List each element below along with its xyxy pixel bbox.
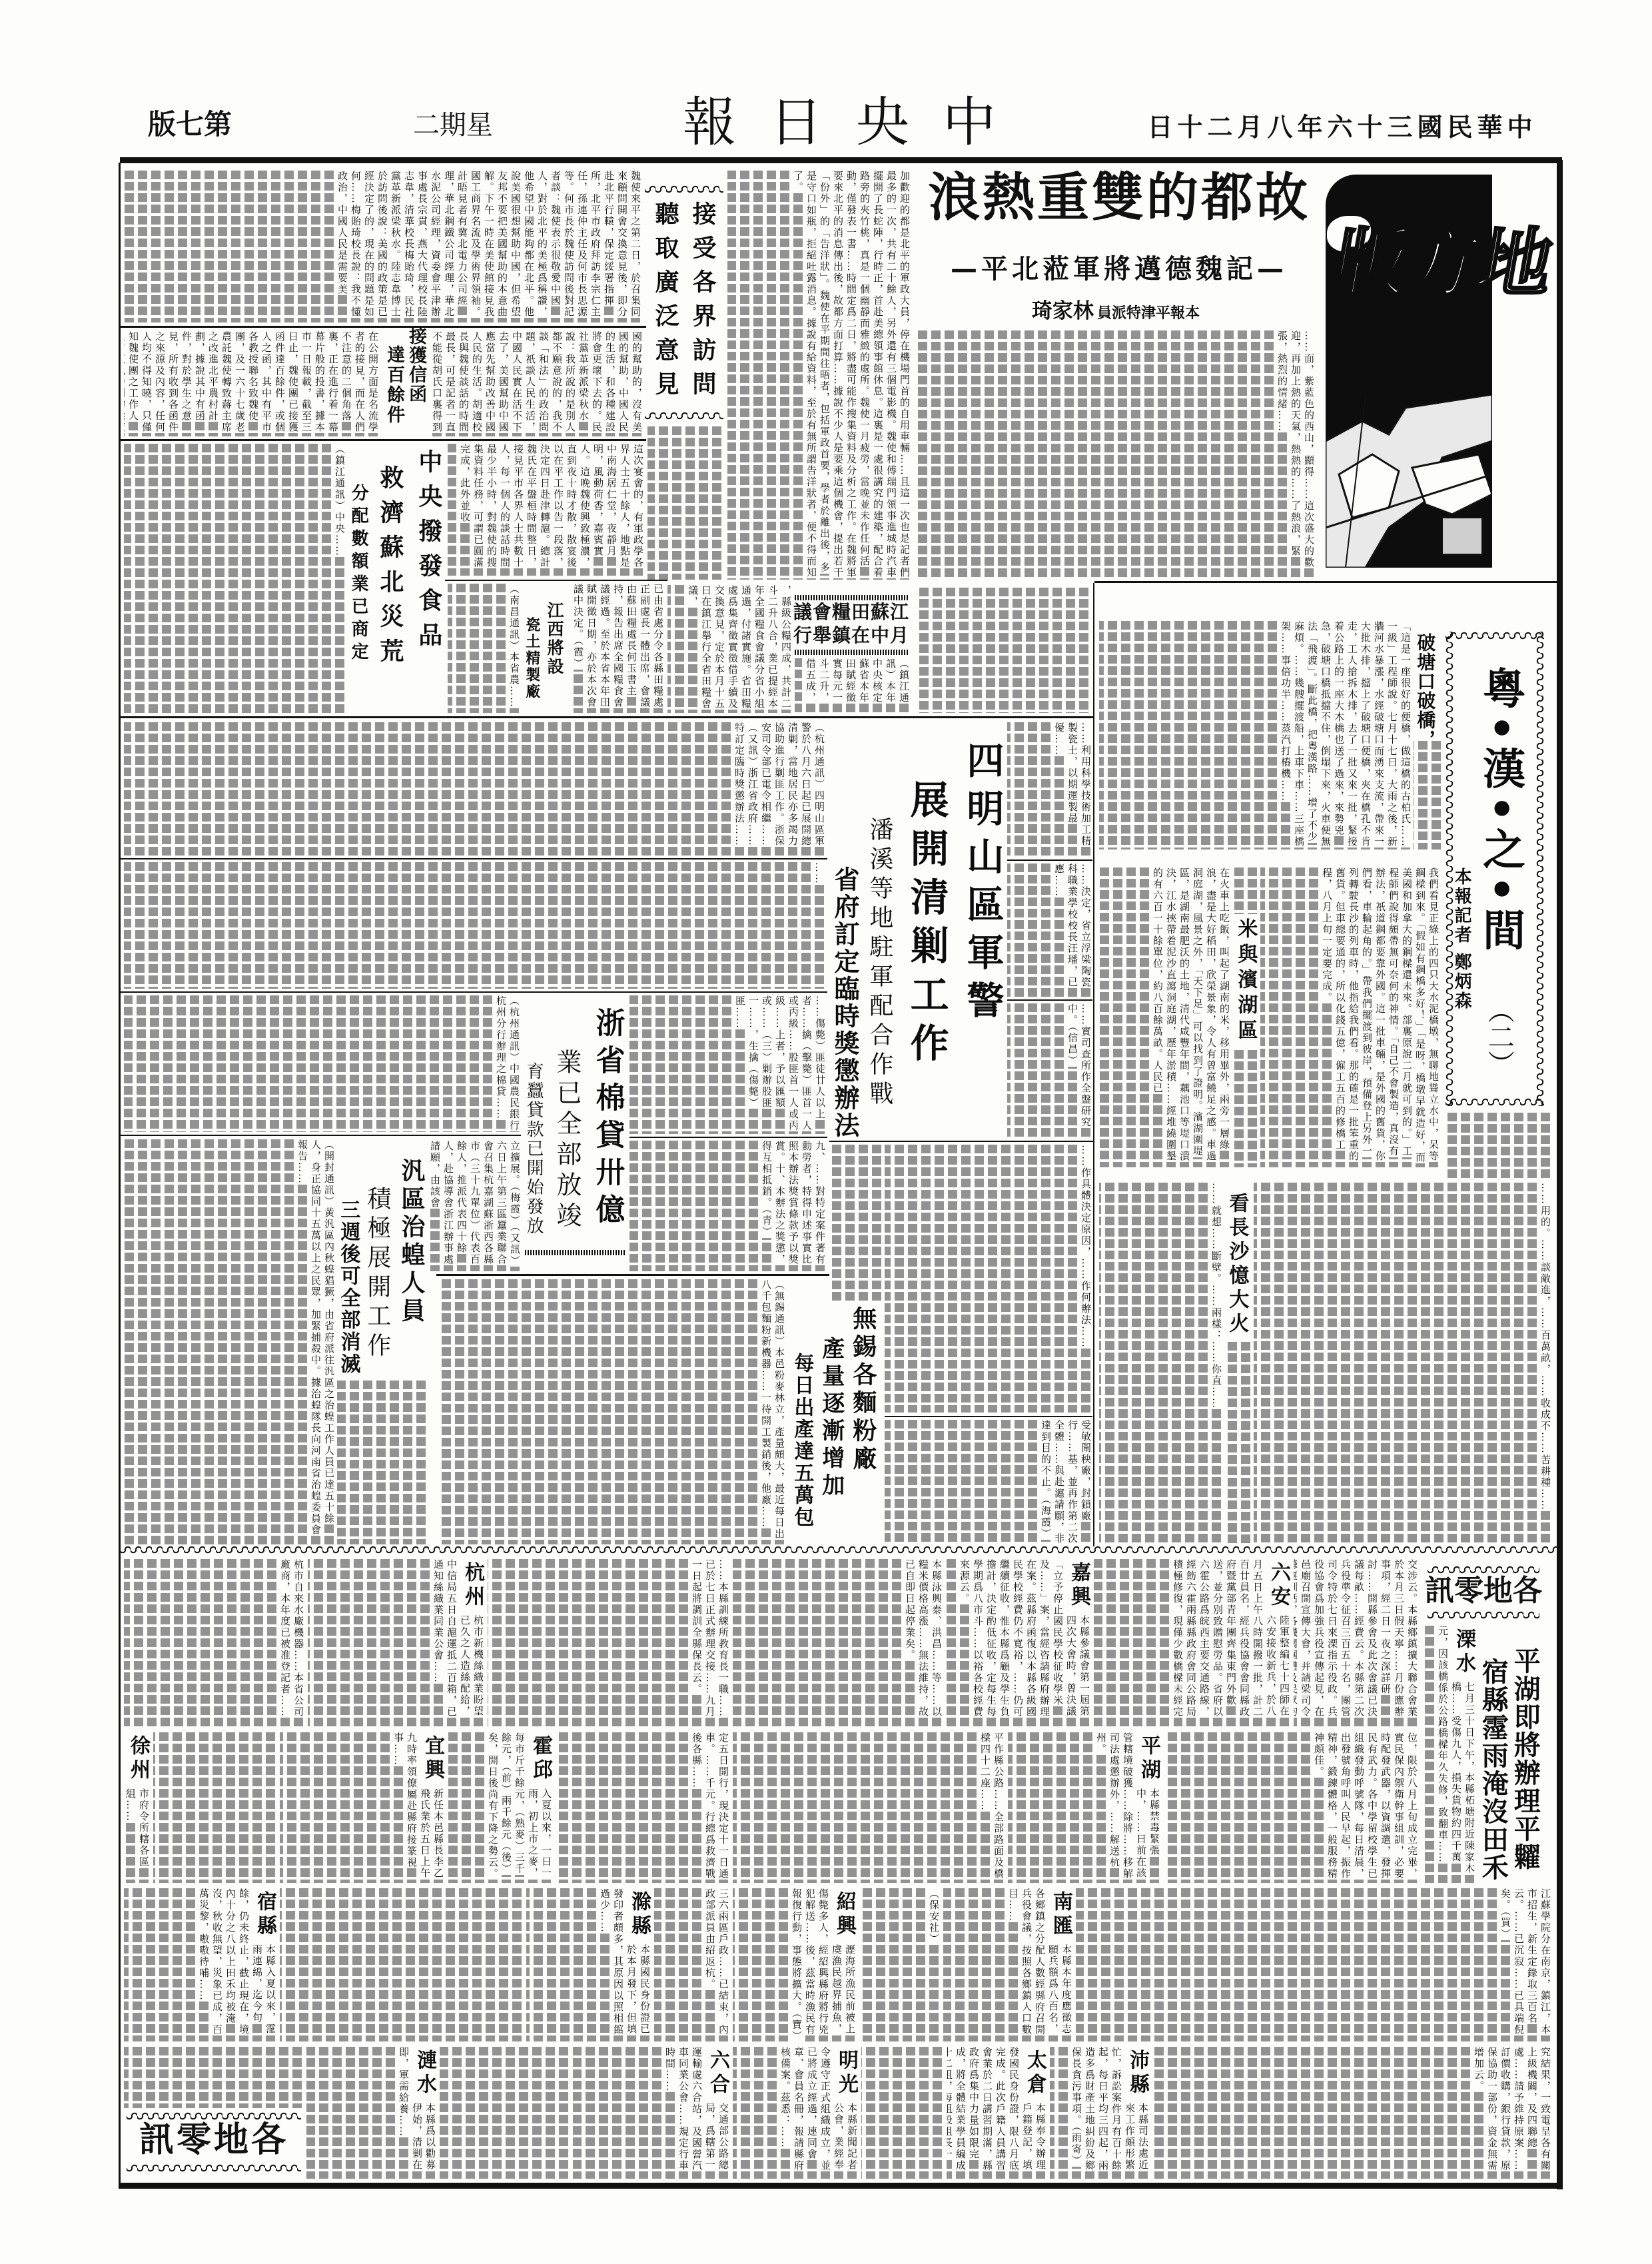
place-label: 溧水 bbox=[1451, 1626, 1476, 1682]
article-body: 在公開方面是名流學者的接見，而在人們不注意的二個角落裏，正在進行着一幕幕片般的投… bbox=[124, 331, 380, 436]
article-body: 這次宴會的，有軍政學各界人士五十餘人，地點是中南海居仁堂，夜靜月明，風動荷香，嘉… bbox=[448, 444, 645, 576]
body-text: ……決定，省立浮梁陶瓷科職業學校校長汪璠，已應…… bbox=[1053, 863, 1092, 988]
article-body: （杭州通訊）四明山區軍警於八月六日起已展開總清剿，當地居民亦多竭力協助進行剿匪工… bbox=[124, 722, 826, 855]
subhead-letters: 接獲信函 bbox=[406, 326, 426, 404]
article-body: ，縣級公糧四成，共計二斗二升八合，業已提經本年全國糧食會議分省小組通過，付諸實施… bbox=[667, 585, 793, 713]
headline-siming: 展開清剿工作 bbox=[905, 780, 947, 1071]
divider bbox=[445, 580, 667, 581]
article-body: 我們看見正綠上的四只大水泥橋墩，無聊地聳立水中，呆等鋼樑到來。「假如有鋼橋多好！… bbox=[1260, 867, 1440, 1167]
divider bbox=[120, 991, 827, 993]
body-text: （鎮江通訊）中央…… bbox=[334, 444, 346, 557]
place-label: 明光 bbox=[833, 2047, 859, 2103]
body-text: 已由省處分令各縣田糧處正副處長一體出席，會議由蘇田糧處長何玉書主持，報告出席全國… bbox=[572, 584, 664, 708]
subhead-yuehan: 破塘口破橋， bbox=[1415, 633, 1435, 749]
article-body bbox=[1224, 1342, 1252, 1544]
place-label: 徐州 bbox=[125, 1732, 151, 1788]
article-body: ……實司查所作全盤研究中。（信昌） bbox=[1007, 1003, 1092, 1138]
body-text: 位，限於八月上旬成立完畢，實民保內禦衛幹事組訓，必要時配發武器，以資調遣，發揮民… bbox=[1313, 1732, 1418, 1880]
sidebar-headline: 聽取廣泛意見 bbox=[652, 201, 678, 405]
body-text: ……作具體決定原因，……作何辦法…… bbox=[1080, 1145, 1092, 1349]
divider bbox=[829, 1141, 1094, 1142]
headline-kaolin: 瓷土精製廠 bbox=[524, 617, 540, 700]
headline-jiangsu: 江蘇田糧會議 bbox=[795, 603, 909, 622]
place-label: 霍邱 bbox=[528, 1732, 553, 1788]
sidebar-box: 接受各界訪問 聽取廣泛意見 bbox=[645, 185, 723, 420]
article-body bbox=[1232, 867, 1259, 914]
divider bbox=[629, 1137, 827, 1138]
subheadline-zhejiang: 育蠶貸款已開始發放 bbox=[524, 1062, 543, 1236]
news-item: 霍邱入夏以來，一日一雨，初上市之麥，每市斤千餘元，（熟麥）三千餘元，（前）兩千餘… bbox=[448, 1732, 553, 1883]
subheadline-relief: 分配數額業已商定 bbox=[349, 484, 368, 665]
subtitle-gudu: —記魏德邁將軍蒞北平— bbox=[943, 256, 1296, 283]
place-label: 漣水 bbox=[412, 2047, 437, 2103]
article-body: （鎮江通訊）中央…… bbox=[124, 444, 346, 713]
news-fragment bbox=[153, 1732, 277, 1883]
divider bbox=[120, 716, 1094, 718]
divider bbox=[1007, 859, 1092, 861]
headline-relief: 救濟蘇北災荒 bbox=[377, 465, 403, 673]
news-item: 南匯本縣本年度應徵志願兵額爲八百名，各鄉鎮之分配人數經縣府召開兵役會議，按照各鄉… bbox=[943, 1888, 1073, 2041]
banner-map-illustration bbox=[1326, 394, 1492, 568]
body-text: 定五日開行，現決定十一日通車。……千元。行總爲救濟戰後各縣…… bbox=[691, 1732, 729, 1880]
article-body bbox=[337, 1381, 428, 1544]
body-text: 平作縣公路……全部路面及橋樑四十二座…… bbox=[979, 1732, 1005, 1880]
article-body: （杭州通訊）中國農民銀行杭州分行辦理之棉貸…… bbox=[124, 995, 521, 1132]
article-body: 魏使來平之第二日，於召集同來顧問開會交換意見後，即分赴北平行轅，保定綏署指揮所，… bbox=[124, 171, 642, 322]
byline-name: 林家琦 bbox=[1032, 299, 1094, 323]
weekday: 星期二 bbox=[400, 112, 506, 139]
subhead-letters: 達百餘件 bbox=[384, 345, 404, 425]
article-body bbox=[1414, 741, 1443, 849]
news-fragment: 平作縣公路……全部路面及橋樑四十二座…… bbox=[733, 1732, 1005, 1883]
body-text: 立擴展。（梅霞）（又訊）六日上午第三區蠶業聯合會召集杭嘉湖蘇浙西各縣市（三十九單… bbox=[429, 1141, 521, 1267]
body-text: 「這是一座很好的便橋，做這橋的古柏氏……一級」工程師說。七月十七日，大雨之後，新… bbox=[1280, 621, 1412, 848]
article-body: 九、……對特定案件著有勳勞者，特得申述事實比照本辦法獎賞條款予以獎賞。十、本辦法… bbox=[629, 1141, 827, 1271]
body-text: 三六兩區戶政……已結束，內政部派員由紹返杭。 bbox=[704, 1888, 729, 2035]
body-text: 在公開方面是名流學者的接見，而在人們不注意的二個角落裏，正在進行着一幕幕片般的投… bbox=[124, 331, 379, 433]
local-news-footer-header: 各地零訊 bbox=[124, 2123, 304, 2157]
body-text: （杭州通訊）中國農民銀行杭州分行辦理之棉貸…… bbox=[495, 995, 520, 1131]
banner-title: 地方版 bbox=[1319, 227, 1556, 301]
body-text: 究結果，一致電呈各有關上級機關，及四聯總處……請予維持原案……訂價收購，銀行貸款… bbox=[1473, 2047, 1551, 2171]
news-item: 宜興新任本邑縣長李乙飛氏業於五日上午九時率領僚屬赴縣府接篆視事…… bbox=[280, 1732, 445, 1883]
place-label: 六安 bbox=[1266, 1559, 1291, 1615]
article-body: ……決定，省立浮梁陶瓷科職業學校校長汪璠，已應…… bbox=[1007, 863, 1092, 997]
wavy-divider bbox=[1428, 1566, 1539, 1574]
divider bbox=[120, 858, 827, 859]
news-item: 太倉本縣奉令辦理戶籍登記，填發國民身份證，限八月底完成。此次戶籍人員講習會業於二… bbox=[947, 2047, 1047, 2179]
news-item: 嘉興本縣參議會第一屆第四次大會時，曾決議「立予停止國民學校征收學米及……」案，當… bbox=[946, 1559, 1091, 1727]
article-body: （南昌通訊）本省農…… bbox=[448, 584, 521, 713]
news-fragment bbox=[280, 1888, 524, 2041]
headline-zhejiang: 浙省棉貸卅億 bbox=[592, 1007, 623, 1231]
body-text: 我們看見正綠上的四只大水泥橋墩，無聊地聳立水中，呆等鋼樑到來。「假如有鋼橋多好！… bbox=[1321, 867, 1440, 1163]
news-item: 紹興瀝海所漁民前被上虞漁民越界捕魚，傷斃多人，經紹興縣府將行兇犯解送……後，茲當… bbox=[733, 1888, 857, 2041]
headline-suxian: 宿縣霪雨淹沒田禾 bbox=[1479, 1658, 1507, 1882]
article-body: 受敏閘秧廠，封鎖廠行……基，並再作第二次全體……與赴滬請願，非達到目的不止。（海… bbox=[885, 1420, 1092, 1544]
place-label: 紹興 bbox=[831, 1888, 857, 1944]
news-fragment: ……本縣訓練所教育長一職……已於七日正式辦理交接……九月一日起將調訓全縣保長云。 bbox=[488, 1559, 730, 1727]
left-border bbox=[119, 163, 121, 2188]
article-body: ……用的。……談敵進，……百萬畝，……收成不……苦耕種…… bbox=[1254, 1183, 1552, 1544]
divider bbox=[885, 1416, 1092, 1417]
wavy-border bbox=[1445, 1098, 1544, 1106]
article-body bbox=[916, 588, 1090, 713]
bottom-rule bbox=[119, 2183, 1563, 2189]
wavy-divider bbox=[127, 2164, 301, 2172]
series-title: 粵•漢•之•間 bbox=[1477, 666, 1523, 956]
news-item: 溧水七月三十日下午，本縣柘塘附近陳家木橋……受傷九人，損失貨物約四千萬元，因該橋… bbox=[1423, 1626, 1476, 1883]
article-body bbox=[647, 426, 723, 580]
wavy-divider bbox=[1428, 1611, 1539, 1619]
news-fragment bbox=[440, 2047, 570, 2179]
divider bbox=[120, 439, 646, 441]
body-text: （杭州通訊）四明山區軍警於八月六日起已展開總清剿，當地居民亦多竭力協助進行剿匪工… bbox=[733, 722, 825, 847]
wavy-border bbox=[1445, 632, 1544, 640]
body-text: （無錫通訊）本邑粉麥林立，產量頗大，最近每日出八千包麵粉新機器……一待開工製銷後… bbox=[760, 1279, 785, 1540]
news-item: 滁縣本縣國民身份證已於本月發下，但填發印者頗多，其原因以照相館過少…… bbox=[526, 1888, 651, 2041]
body-text: 杭市自來水廠機器……本省公司廠商，本年度已被准登記者…… bbox=[279, 1559, 304, 1718]
headline-relief: 中央撥發食品 bbox=[416, 449, 442, 657]
place-label: 平湖 bbox=[1136, 1732, 1161, 1788]
body-text: 九、……對特定案件著有勳勞者，特得申述事實比照本辦法獎賞條款予以獎賞。十、本辦法… bbox=[761, 1141, 826, 1265]
news-fragment: 本縣泳興泰、洪昌……等……以糧米價格高漲……無法維持，故已自即日起停業矣。 bbox=[733, 1559, 943, 1727]
news-fragment: 究結果，一致電呈各有關上級機關，及四聯總處……請予維持原案……訂價收購，銀行貸款… bbox=[1152, 2047, 1552, 2179]
headline-gudu: 故都的雙重熱浪 bbox=[923, 172, 1316, 224]
divider bbox=[436, 1274, 829, 1276]
body-text: ……利用科學技術加工精製瓷土，以期運製最優…… bbox=[1053, 722, 1092, 847]
headline-pinghu: 平湖即將辦理平糶 bbox=[1511, 1647, 1539, 1871]
wavy-divider bbox=[645, 185, 723, 193]
place-label: 宜興 bbox=[420, 1732, 445, 1788]
wavy-divider bbox=[645, 412, 723, 420]
hatched-bar bbox=[525, 1250, 625, 1255]
place-label: 宿縣 bbox=[252, 1888, 277, 1944]
news-item: 宿縣本縣入夏以來，霪雨連綿，迄今旬餘，仍未終止，截止現在，境內十分之八以上田禾均… bbox=[124, 1888, 277, 2041]
body-text: ，縣級公糧四成，共計二斗二升八合，業已提經本年全國糧食會議分省小組通過，付諸實施… bbox=[687, 585, 792, 710]
article-body: ……就想……斷壁。……兩樣：……你直…… bbox=[1099, 1183, 1223, 1544]
news-fragment: 三六兩區戶政……已結束，內政部派員由紹返杭。 bbox=[654, 1888, 730, 2041]
body-text: 市府令所轄各區組…… bbox=[125, 1788, 150, 1868]
body-text: …… bbox=[813, 862, 825, 885]
local-news-header: 各地零訊 bbox=[1424, 1576, 1543, 1606]
news-fragment: 交涉云。本縣鄉鎮擴大聯合會業於本月三日假天寧……月份應辦事項，經二日一夜之深詳研… bbox=[1294, 1559, 1419, 1727]
headline-wuxi: 產量逐漸增加 bbox=[819, 1337, 843, 1500]
body-text: ……用的。……談敵進，……百萬畝，……收成不……苦耕種…… bbox=[1539, 1183, 1551, 1511]
wavy-border bbox=[1536, 632, 1544, 1106]
series-title-box: 粵•漢•之•間 （二） 本報記者 鄭炳森 bbox=[1445, 632, 1544, 1106]
article-body bbox=[1445, 1113, 1552, 1178]
headline-zhejiang: 業已全部放竣 bbox=[553, 1049, 580, 1233]
byline-title: 本報平津特派員 bbox=[1097, 304, 1200, 322]
news-fragment: 位，限於八月上旬成立完畢，實民保內禦衛幹事組訓，必要時配發武器，以資調遣，發揮民… bbox=[1164, 1732, 1419, 1883]
top-rule bbox=[120, 157, 1562, 163]
divider bbox=[120, 326, 646, 328]
headline-siming: 四明山區軍警 bbox=[963, 741, 1003, 1029]
body-text: 魏使來平之第二日，於召集同來顧問開會交換意見後，即分赴北平行轅，保定綏署指揮所，… bbox=[336, 171, 641, 318]
news-fragment bbox=[1094, 1559, 1171, 1727]
news-item: 杭州杭市新機絲織業盼望已久之人造絲配給，中信局五日自滬運抵二百箱，已通知絲織業同… bbox=[308, 1559, 485, 1727]
body-text: ……傷斃）匪徒廿人以上者……擒（擊斃）匪首一人或丙級……股匪首一人或丙級……上者… bbox=[734, 995, 826, 1131]
byline-gudu: 本報平津特派員 林家琦 bbox=[999, 294, 1232, 324]
article-body: 已由省處分令各縣田糧處正副處長一體出席，會議由蘇田糧處長何玉書主持，報告出席全國… bbox=[570, 584, 665, 713]
news-fragment: 定五日開行，現決定十一日通車。……千元。行總爲救濟戰後各縣…… bbox=[556, 1732, 730, 1883]
body-text: 受敏閘秧廠，封鎖廠行……基，並再作第二次全體……與赴滬請願，非達到目的不止。（海… bbox=[1040, 1420, 1092, 1544]
news-fragment bbox=[861, 2047, 944, 2179]
news-item: 六安陸軍整編七十四師在六安接收新兵，於八月五日上午八時開撥一批，計二百廿員名，經… bbox=[1174, 1559, 1291, 1727]
news-item: 平湖本縣禁毒緊張中，……日前在該管轄境破獲……除將……移解司法處懲辦外，……解送… bbox=[1008, 1732, 1161, 1883]
place-label: 杭州 bbox=[460, 1559, 485, 1615]
paper-name: 中央日報 bbox=[689, 96, 1029, 149]
column-divider bbox=[1093, 583, 1094, 1546]
article-body: 加歡迎的都是北平的軍政大員，停在機場門首的自用車輛……且這一次也是記者們最多的一… bbox=[727, 171, 911, 580]
divider bbox=[120, 1135, 521, 1136]
body-text: （保安社） bbox=[928, 1888, 940, 1945]
article-body: ……面，紫藍色的西山，顯得……這次盛大的歡迎，再加上熱的天氣，熱熱的……了熱浪，… bbox=[916, 330, 1316, 578]
body-text: 在火車上吃飯，叫起了湖南的米，移用畢外，兩旁一層綠浪，盡是大好稻田，欣榮景象，令… bbox=[1152, 867, 1230, 1162]
headline-kaolin: 江西將設 bbox=[546, 602, 564, 676]
body-text: ……本縣訓練所教育長一職……已於七日正式辦理交接……九月一日起將調訓全縣保長云。 bbox=[691, 1559, 729, 1718]
news-item: 六合交通部公路總局，爲轄第一運輸處六合站，及國營汽車同業公會……規定行車時間…… bbox=[573, 2047, 730, 2179]
place-label: 嘉興 bbox=[1066, 1559, 1091, 1615]
newspaper-page: 第七版 星期二 中央日報 中華民國三十六年八月二十日 地方版 故都的雙重熱浪 —… bbox=[0, 0, 1652, 2264]
article-body bbox=[830, 1145, 883, 1302]
body-text: 交涉云。本縣鄉鎮擴大聯合會業於本月三日假天寧……月份應辦事項，經二日一夜之深詳研… bbox=[1294, 1559, 1418, 1718]
body-text: （南昌通訊）本省農…… bbox=[508, 584, 520, 708]
sidebar-headline: 接受各界訪問 bbox=[689, 201, 715, 405]
divider bbox=[1094, 581, 1557, 583]
place-label: 滁縣 bbox=[626, 1888, 651, 1944]
hatched-bar bbox=[795, 595, 909, 600]
article-body: （無錫通訊）本邑粉麥林立，產量頗大，最近每日出八千包麵粉新機器……一待開工製銷後… bbox=[440, 1279, 786, 1544]
body-text: ……面，紫藍色的西山，顯得……這次盛大的歡迎，再加上熱的天氣，熱熱的……了熱浪，… bbox=[1276, 330, 1315, 568]
headline-locust: 汎區治蝗人員 bbox=[398, 1158, 424, 1326]
article-body: …… bbox=[124, 862, 826, 989]
news-fragment: 杭市自來水廠機器……本省公司廠商，本年度已被准登記者…… bbox=[124, 1559, 305, 1727]
page-number: 第七版 bbox=[133, 111, 246, 139]
body-text: ……就想……斷壁。……兩樣：……你直…… bbox=[1210, 1183, 1222, 1409]
news-fragment bbox=[124, 2047, 304, 2108]
wavy-section-divider bbox=[120, 1546, 1557, 1554]
news-fragment: （保安社） bbox=[859, 1888, 941, 2041]
place-label: 太倉 bbox=[1022, 2047, 1047, 2103]
divider bbox=[1007, 999, 1092, 1001]
subheadline-siming: 潘溪等地駐軍配合作戰 bbox=[866, 817, 892, 1110]
subheadline-locust: 三週後可全部消滅 bbox=[337, 1199, 358, 1375]
article-body: （開封通訊）黃汎區內秋蝗猖獗，由省府派往汎區之治蝗工作人員已達五十餘人，身正協同… bbox=[124, 1139, 336, 1544]
place-label: 南匯 bbox=[1048, 1888, 1073, 1944]
article-body: ……作具體決定原因，……作何辦法…… bbox=[885, 1145, 1092, 1413]
series-part: （二） bbox=[1484, 997, 1513, 1077]
body-text: 加歡迎的都是北平的軍政大員，停在機場門首的自用車輛……且這一次也是記者們最多的一… bbox=[792, 171, 911, 578]
body-text: 本縣泳興泰、洪昌……等……以糧米價格高漲……無法維持，故已自即日起停業矣。 bbox=[904, 1559, 943, 1718]
headline-locust: 積極展開工作 bbox=[364, 1186, 390, 1362]
article-body: ……利用科學技術加工精製瓷土，以期運製最優…… bbox=[1007, 722, 1092, 855]
issue-date: 中華民國三十六年八月二十日 bbox=[1132, 115, 1552, 140]
body-text: 這次宴會的，有軍政學各界人士五十餘人，地點是中南海居仁堂，夜靜月明，風動荷香，嘉… bbox=[459, 444, 644, 568]
article-body: （鎮江通訊）本年中央核定蘇省本年田賦經徵實每元一斗二升，借五成， bbox=[795, 658, 911, 713]
subheadline-siming: 省府訂定臨時獎懲辦法 bbox=[831, 866, 859, 1139]
headline-wuxi: 無錫各麵粉廠 bbox=[850, 1306, 876, 1474]
news-item: 漣水本縣爲以勸募伊始，清剿在即，軍需給養…… bbox=[306, 2047, 437, 2179]
subhead-yuehan: 米與濱湖區 bbox=[1234, 918, 1256, 1045]
right-border bbox=[1557, 160, 1563, 2189]
hatched-bar bbox=[795, 650, 909, 655]
news-item: 徐州市府令所轄各區組…… bbox=[124, 1732, 151, 1883]
section-banner: 地方版 bbox=[1326, 175, 1492, 568]
subhead-yuehan: 看長沙憶大火 bbox=[1226, 1193, 1247, 1337]
series-byline: 本報記者 鄭炳森 bbox=[1452, 867, 1471, 1011]
body-text: （鎮江通訊）本年中央核定蘇省本年田賦經徵實每元一斗二升，借五成， bbox=[805, 658, 910, 704]
article-body: 國的幫助的，沒有美國的幫助，中國人民的生活，和各種建設將會更壞下去的。民社黨革新… bbox=[432, 331, 643, 436]
article-body bbox=[1232, 1050, 1259, 1167]
news-item: 明光本縣新聞記者公會，業經奉令遵守正式組織成立，並已將成立經過，連同會章、會員名… bbox=[733, 2047, 859, 2179]
article-body: 「這是一座很好的便橋，做這橋的古柏氏……一級」工程師說。七月十七日，大雨之後，新… bbox=[1099, 621, 1412, 849]
headline-wuxi: 每日出產達五萬包 bbox=[791, 1353, 812, 1528]
news-item: 沛縣本縣司法處近來工作頗形繁忙，訴訟案件月有百十餘起，每日平均三四起，兩造多爲財… bbox=[1050, 2047, 1150, 2179]
body-text: 國的幫助的，沒有美國的幫助，中國人民的生活，和各種建設將會更壞下去的。民社黨革新… bbox=[432, 331, 643, 433]
article-body: 立擴展。（梅霞）（又訊）六日上午第三區蠶業聯合會召集杭嘉湖蘇浙西各縣市（三十九單… bbox=[428, 1141, 522, 1271]
place-label: 沛縣 bbox=[1124, 2047, 1150, 2103]
body-text: （開封通訊）黃汎區內秋蝗猖獗，由省府派往汎區之治蝗工作人員已達五十餘人，身正協同… bbox=[296, 1139, 335, 1536]
body-text: 江蘇學院分在南京，鎮江，本市招生，新生定錄取三百名云。……已沉寂……已具端倪矣。… bbox=[1499, 1888, 1551, 2035]
news-fragment: 江蘇學院分在南京，鎮江，本市招生，新生定錄取三百名云。……已沉寂……已具端倪矣。… bbox=[1076, 1888, 1552, 2041]
headline-jiangsu: 月中在鎮舉行 bbox=[795, 626, 909, 645]
place-label: 六合 bbox=[705, 2047, 730, 2103]
article-body: 在火車上吃飯，叫起了湖南的米，移用畢外，兩旁一層綠浪，盡是大好稻田，欣榮景象，令… bbox=[1099, 867, 1231, 1167]
body-text: ……實司查所作全盤研究中。（信昌） bbox=[1066, 1003, 1092, 1128]
article-body: ……傷斃）匪徒廿人以上者……擒（擊斃）匪首一人或丙級……股匪首一人或丙級……上者… bbox=[629, 995, 827, 1134]
